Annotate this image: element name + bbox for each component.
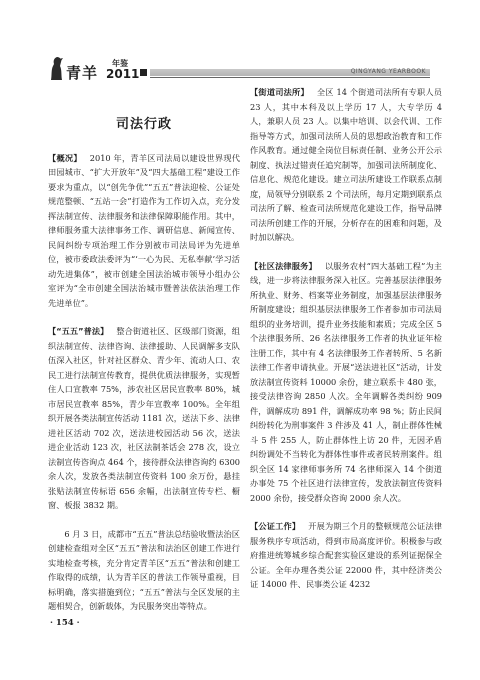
logo-text: 青羊 [66, 62, 98, 83]
section-street-judicial-office: 【街道司法所】全区 14 个街道司法所有专职人员 23 人，其中本科及以上学历 … [250, 85, 442, 245]
section-inspection: 6 月 3 日，成都市“五五”普法总结验收暨法治区创建检查组对全区“五五”普法和… [48, 527, 240, 614]
section-overview: 【概况】2010 年，青羊区司法局以建设世界现代田园城市、“扩大开放年”及“四大… [48, 151, 240, 311]
section-text: 6 月 3 日，成都市“五五”普法总结验收暨法治区创建检查组对全区“五五”普法和… [48, 529, 240, 612]
section-heading: 【“五五”普法】 [48, 326, 108, 336]
section-heading: 【概况】 [48, 153, 82, 163]
section-community-legal-service: 【社区法律服务】以服务农村“四大基础工程”为主线，进一步将法律服务深入社区。完善… [250, 259, 442, 506]
section-heading: 【社区法律服务】 [250, 261, 317, 271]
left-column: 司法行政 【概况】2010 年，青羊区司法局以建设世界现代田园城市、“扩大开放年… [48, 100, 240, 628]
header-divider [150, 77, 430, 78]
section-notary-work: 【公证工作】开展为期三个月的整顿规范公证法律服务秩序专项活动，得到市局高度评价。… [250, 519, 442, 592]
section-text: 2010 年，青羊区司法局以建设世界现代田园城市、“扩大开放年”及“四大基础工程… [48, 153, 240, 308]
page-title: 司法行政 [48, 118, 240, 133]
header-tag: QINGYANG YEARBOOK [351, 68, 426, 75]
right-column: 【街道司法所】全区 14 个街道司法所有专职人员 23 人，其中本科及以上学历 … [250, 85, 442, 606]
section-text: 以服务农村“四大基础工程”为主线，进一步将法律服务深入社区。完善基层法律服务所执… [250, 261, 442, 503]
section-heading: 【公证工作】 [250, 521, 300, 531]
page-header: 青羊 年鉴 2011 QINGYANG YEARBOOK [48, 56, 430, 84]
page-number: · 154 · [50, 618, 80, 628]
section-text: 全区 14 个街道司法所有专职人员 23 人，其中本科及以上学历 17 人，大专… [250, 87, 442, 242]
section-text: 开展为期三个月的整顿规范公证法律服务秩序专项活动，得到市局高度评价。积极参与政府… [250, 521, 442, 589]
logo-figure-icon [50, 56, 64, 82]
logo-year: 2011 [106, 67, 139, 81]
section-heading: 【街道司法所】 [250, 87, 309, 97]
section-text: 整合街道社区、区级部门资源，组织法制宣传、法律咨询、法律援助、人民调解多支队伍深… [48, 326, 240, 510]
header-square-icon [140, 69, 147, 76]
section-legal-education: 【“五五”普法】整合街道社区、区级部门资源，组织法制宣传、法律咨询、法律援助、人… [48, 324, 240, 513]
